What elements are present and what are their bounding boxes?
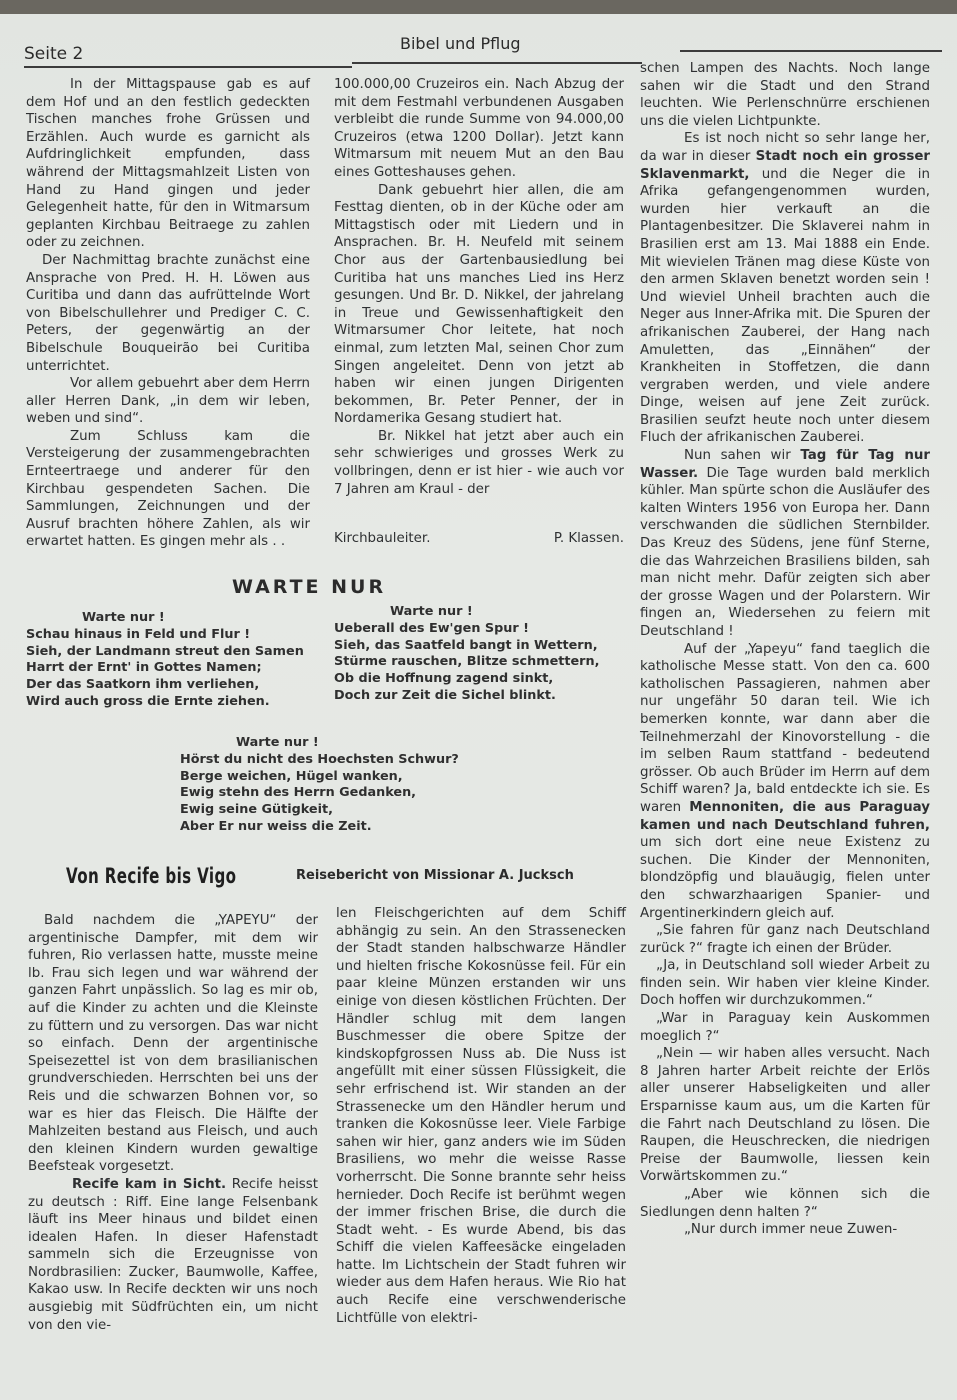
paragraph: 100.000,00 Cruzeiros ein. Nach Abzug der… — [334, 76, 624, 182]
paragraph: Der Nachmittag brachte zunächst eine Ans… — [26, 252, 310, 375]
article-column-3: schen Lampen des Nachts. Noch lange sahe… — [640, 60, 930, 1239]
poem-title: WARTE NUR — [232, 576, 386, 598]
newspaper-page: Seite 2 Bibel und Pflug In der Mittagspa… — [0, 0, 957, 1400]
paragraph: „Sie fahren für ganz nach Deutschland zu… — [640, 922, 930, 957]
poem-line: Berge weichen, Hügel wanken, — [180, 769, 500, 786]
poem-stanza-3: Warte nur !Hörst du nicht des Hoechsten … — [180, 735, 500, 836]
poem-line: Sieh, der Landmann streut den Samen — [26, 644, 326, 661]
paragraph: Br. Nikkel hat jetzt aber auch ein sehr … — [334, 428, 624, 498]
poem-refrain: Warte nur ! — [334, 604, 634, 621]
poem-line: Ob die Hoffnung zagend sinkt, — [334, 671, 634, 688]
poem-line: Aber Er nur weiss die Zeit. — [180, 819, 500, 836]
poem-stanza-1: Warte nur !Schau hinaus in Feld und Flur… — [26, 610, 326, 711]
paragraph: Dank gebuehrt hier allen, die am Festtag… — [334, 182, 624, 428]
paragraph: Nun sahen wir Tag für Tag nur Wasser. Di… — [640, 447, 930, 641]
poem-line: Wird auch gross die Ernte ziehen. — [26, 694, 326, 711]
paragraph: Auf der „Yapeyu“ fand taeglich die katho… — [640, 641, 930, 923]
last-line: Kirchbauleiter. — [334, 530, 430, 548]
paragraph: „Nein — wir haben alles versucht. Nach 8… — [640, 1045, 930, 1186]
report-column-2: 100.000,00 Cruzeiros ein. Nach Abzug der… — [334, 76, 624, 498]
paragraph: Bald nachdem die „YAPEYU“ der argentinis… — [28, 912, 318, 1176]
poem-line: Hörst du nicht des Hoechsten Schwur? — [180, 752, 500, 769]
poem-line: Doch zur Zeit die Sichel blinkt. — [334, 688, 634, 705]
header-rule-right — [680, 50, 942, 52]
header-rule-left — [24, 66, 352, 68]
poem-refrain: Warte nur ! — [180, 735, 500, 752]
poem-line: Harrt der Ernt' in Gottes Namen; — [26, 660, 326, 677]
poem-line: Stürme rauschen, Blitze schmettern, — [334, 654, 634, 671]
paragraph: „War in Paraguay kein Auskommen moeglich… — [640, 1010, 930, 1045]
paragraph: „Ja, in Deutschland soll wieder Arbeit z… — [640, 957, 930, 1010]
poem-line: Ueberall des Ew'gen Spur ! — [334, 621, 634, 638]
article-column-1: Bald nachdem die „YAPEYU“ der argentinis… — [28, 912, 318, 1334]
page-number: Seite 2 — [24, 44, 83, 64]
article-title: Von Recife bis Vigo — [66, 864, 236, 888]
author-signature: P. Klassen. — [554, 530, 624, 548]
publication-title: Bibel und Pflug — [400, 34, 521, 53]
poem-line: Ewig seine Gütigkeit, — [180, 802, 500, 819]
poem-line: Der das Saatkorn ihm verliehen, — [26, 677, 326, 694]
report-signature-line: Kirchbauleiter. P. Klassen. — [334, 530, 624, 548]
poem-line: Ewig stehn des Herrn Gedanken, — [180, 785, 500, 802]
poem-stanza-2: Warte nur !Ueberall des Ew'gen Spur !Sie… — [334, 604, 634, 705]
paragraph: Es ist noch nicht so sehr lange her, da … — [640, 130, 930, 447]
article-byline: Reisebericht von Missionar A. Jucksch — [296, 868, 574, 883]
paragraph: „Aber wie können sich die Siedlungen den… — [640, 1186, 930, 1221]
header-rule-middle — [352, 62, 642, 64]
paragraph: Vor allem gebuehrt aber dem Herrn aller … — [26, 375, 310, 428]
paragraph: Zum Schluss kam die Versteigerung der zu… — [26, 428, 310, 551]
poem-line: Schau hinaus in Feld und Flur ! — [26, 627, 326, 644]
bold-lead: Recife kam in Sicht. — [72, 1177, 226, 1192]
article-column-2: len Fleischgerichten auf dem Schiff abhä… — [336, 905, 626, 1327]
paragraph: In der Mittagspause gab es auf dem Hof u… — [26, 76, 310, 252]
report-column-1: In der Mittagspause gab es auf dem Hof u… — [26, 76, 310, 551]
paragraph: schen Lampen des Nachts. Noch lange sahe… — [640, 60, 930, 130]
poem-line: Sieh, das Saatfeld bangt in Wettern, — [334, 638, 634, 655]
paragraph: Recife kam in Sicht. Recife heisst zu de… — [28, 1176, 318, 1334]
poem-refrain: Warte nur ! — [26, 610, 326, 627]
paragraph: len Fleischgerichten auf dem Schiff abhä… — [336, 905, 626, 1327]
paragraph: „Nur durch immer neue Zuwen- — [640, 1221, 930, 1239]
scan-edge — [0, 0, 957, 14]
